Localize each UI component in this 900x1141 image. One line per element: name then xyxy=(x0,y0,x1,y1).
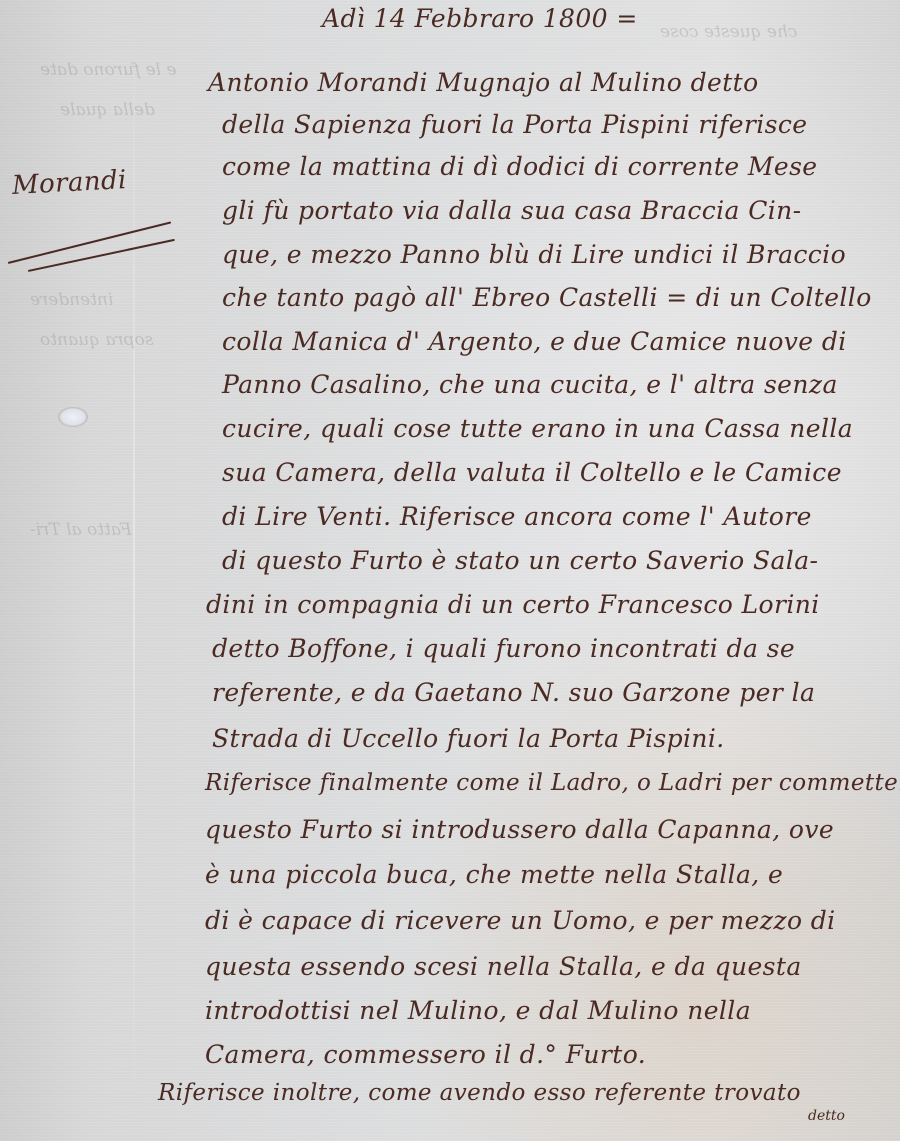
margin-underline xyxy=(28,239,175,272)
text-line: Riferisce finalmente come il Ladro, o La… xyxy=(205,770,900,796)
paper-fold xyxy=(133,0,135,1141)
text-line: che tanto pagò all' Ebreo Castelli = di … xyxy=(222,283,872,312)
text-line: della Sapienza fuori la Porta Pispini ri… xyxy=(222,110,808,139)
catchword: detto xyxy=(808,1108,845,1124)
text-line: que, e mezzo Panno blù di Lire undici il… xyxy=(222,240,846,269)
margin-note: Morandi xyxy=(11,165,127,201)
bleed-through-text: della quale xyxy=(60,100,155,120)
text-line: è una piccola buca, che mette nella Stal… xyxy=(205,860,783,889)
text-line: colla Manica d' Argento, e due Camice nu… xyxy=(222,327,847,356)
paper-hole xyxy=(58,407,88,427)
text-line: gli fù portato via dalla sua casa Bracci… xyxy=(222,196,801,225)
text-line: come la mattina di dì dodici di corrente… xyxy=(222,152,818,181)
bleed-through-text: intendere xyxy=(30,290,113,310)
text-line: di è capace di ricevere un Uomo, e per m… xyxy=(205,906,836,935)
text-line: referente, e da Gaetano N. suo Garzone p… xyxy=(212,678,815,707)
text-line: dini in compagnia di un certo Francesco … xyxy=(206,590,820,619)
text-line: Strada di Uccello fuori la Porta Pispini… xyxy=(212,724,725,753)
text-line: questo Furto si introdussero dalla Capan… xyxy=(205,815,834,844)
text-line: Camera, commessero il d.° Furto. xyxy=(205,1040,646,1069)
text-line: introdottisi nel Mulino, e dal Mulino ne… xyxy=(205,996,751,1025)
bleed-through-text: sopra quanto xyxy=(40,330,154,350)
text-line: Antonio Morandi Mugnajo al Mulino detto xyxy=(208,68,759,97)
text-line: di Lire Venti. Riferisce ancora come l' … xyxy=(222,502,812,531)
manuscript-page: che queste cose e le furono date della q… xyxy=(0,0,900,1141)
text-line: detto Boffone, i quali furono incontrati… xyxy=(212,634,795,663)
text-line: questa essendo scesi nella Stalla, e da … xyxy=(205,952,802,981)
bleed-through-text: e le furono date xyxy=(40,60,176,80)
text-line: cucire, quali cose tutte erano in una Ca… xyxy=(222,414,853,443)
text-line: di questo Furto è stato un certo Saverio… xyxy=(222,546,818,575)
bleed-through-text: Fatto al Tri- xyxy=(30,520,132,540)
date-heading: Adì 14 Febbraro 1800 = xyxy=(322,4,638,33)
bleed-through-text: che queste cose xyxy=(660,22,797,42)
text-line: Panno Casalino, che una cucita, e l' alt… xyxy=(222,370,838,399)
text-line: sua Camera, della valuta il Coltello e l… xyxy=(222,458,842,487)
text-line: Riferisce inoltre, come avendo esso refe… xyxy=(158,1080,801,1106)
